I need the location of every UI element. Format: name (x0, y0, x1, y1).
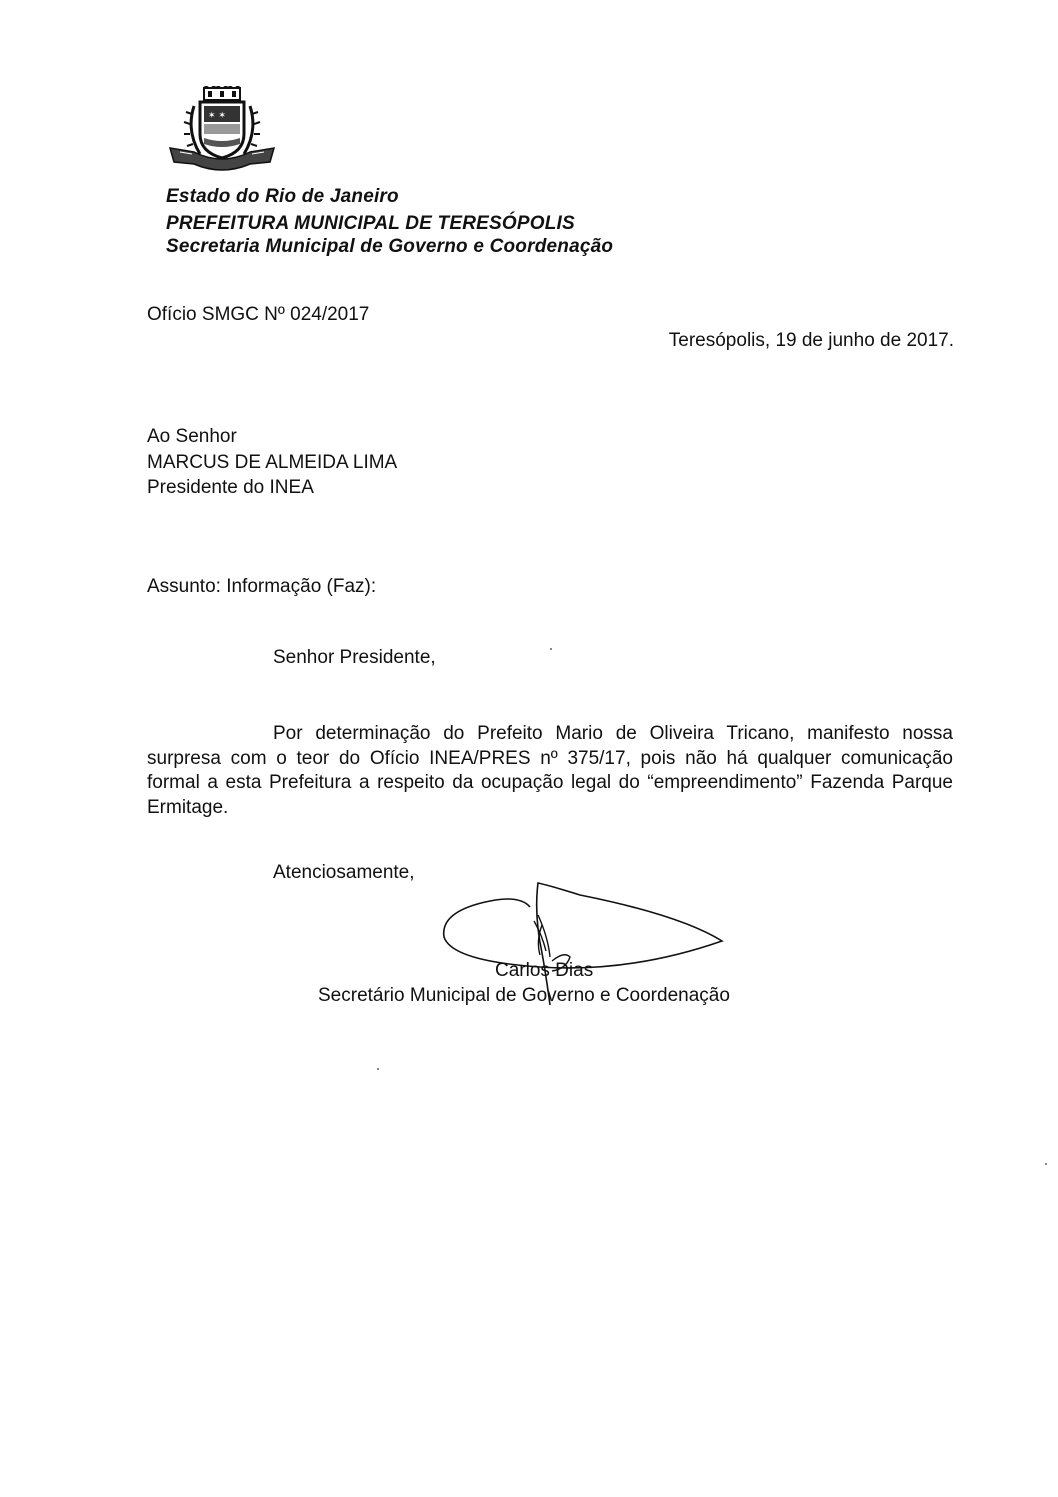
subject-line: Assunto: Informação (Faz): (147, 576, 376, 598)
recipient-name: MARCUS DE ALMEIDA LIMA (147, 452, 397, 474)
letterhead-department: Secretaria Municipal de Governo e Coorde… (166, 236, 613, 258)
svg-text:✶ ✶: ✶ ✶ (208, 111, 226, 121)
document-reference: Ofício SMGC Nº 024/2017 (147, 304, 369, 326)
letterhead-municipality: PREFEITURA MUNICIPAL DE TERESÓPOLIS (166, 213, 575, 235)
scan-speck (377, 1068, 379, 1070)
body-paragraph: Por determinação do Prefeito Mario de Ol… (147, 722, 953, 820)
coat-of-arms-icon: ✶ ✶ (166, 86, 278, 176)
greeting: Senhor Presidente, (273, 647, 436, 669)
scan-speck (1045, 1163, 1047, 1165)
recipient-salutation: Ao Senhor (147, 426, 237, 448)
signatory-name: Carlos Dias (495, 960, 593, 982)
letterhead-state: Estado do Rio de Janeiro (166, 186, 399, 208)
signatory-role: Secretário Municipal de Governo e Coorde… (318, 985, 730, 1007)
closing: Atenciosamente, (273, 862, 415, 884)
body-text: Por determinação do Prefeito Mario de Ol… (147, 723, 953, 818)
place-date: Teresópolis, 19 de junho de 2017. (669, 330, 954, 352)
scan-speck (550, 648, 552, 650)
recipient-title: Presidente do INEA (147, 477, 314, 499)
